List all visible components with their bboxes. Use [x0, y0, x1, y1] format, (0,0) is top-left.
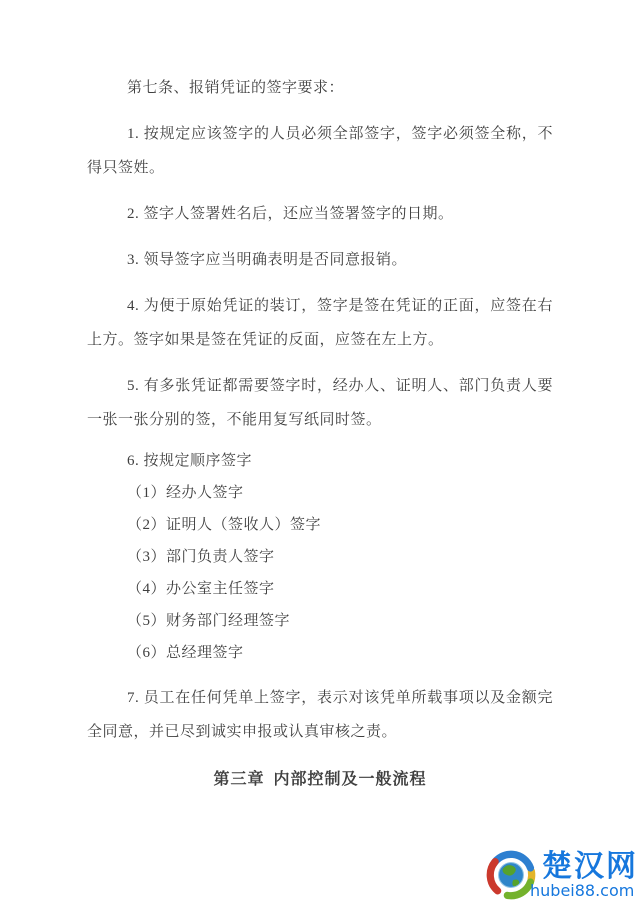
section-title: 第七条、报销凭证的签字要求：: [87, 71, 553, 105]
chapter-heading: 第三章 内部控制及一般流程: [87, 763, 553, 797]
document-body: 第七条、报销凭证的签字要求： 1. 按规定应该签字的人员必须全部签字，签字必须签…: [87, 71, 553, 797]
signing-order-item: （4）办公室主任签字: [87, 573, 553, 605]
doc-paragraph: 1. 按规定应该签字的人员必须全部签字，签字必须签全称，不得只签姓。: [87, 117, 553, 185]
site-name: 楚汉网: [542, 852, 638, 882]
signing-order-item: （1）经办人签字: [87, 477, 553, 509]
site-url: hubei88.com: [530, 883, 638, 899]
signing-order-item: （2）证明人（签收人）签字: [87, 509, 553, 541]
watermark-text: 楚汉网 hubei88.com: [542, 852, 638, 899]
doc-paragraph: 7. 员工在任何凭单上签字，表示对该凭单所载事项以及金额完全同意，并已尽到诚实申…: [87, 681, 553, 749]
doc-paragraph: 2. 签字人签署姓名后，还应当签署签字的日期。: [87, 197, 553, 231]
signing-order-item: （5）财务部门经理签字: [87, 605, 553, 637]
signing-order-item: （3）部门负责人签字: [87, 541, 553, 573]
doc-paragraph: 4. 为便于原始凭证的装订，签字是签在凭证的正面，应签在右上方。签字如果是签在凭…: [87, 289, 553, 357]
signing-order-title: 6. 按规定顺序签字: [87, 445, 553, 477]
doc-paragraph: 3. 领导签字应当明确表明是否同意报销。: [87, 243, 553, 277]
document-page: 第七条、报销凭证的签字要求： 1. 按规定应该签字的人员必须全部签字，签字必须签…: [0, 0, 640, 905]
signing-order-item: （6）总经理签字: [87, 637, 553, 669]
signing-order-list: 6. 按规定顺序签字 （1）经办人签字 （2）证明人（签收人）签字 （3）部门负…: [87, 445, 553, 669]
doc-paragraph: 5. 有多张凭证都需要签字时，经办人、证明人、部门负责人要一张一张分别的签，不能…: [87, 369, 553, 437]
watermark-logo: 楚汉网 hubei88.com: [482, 846, 638, 904]
